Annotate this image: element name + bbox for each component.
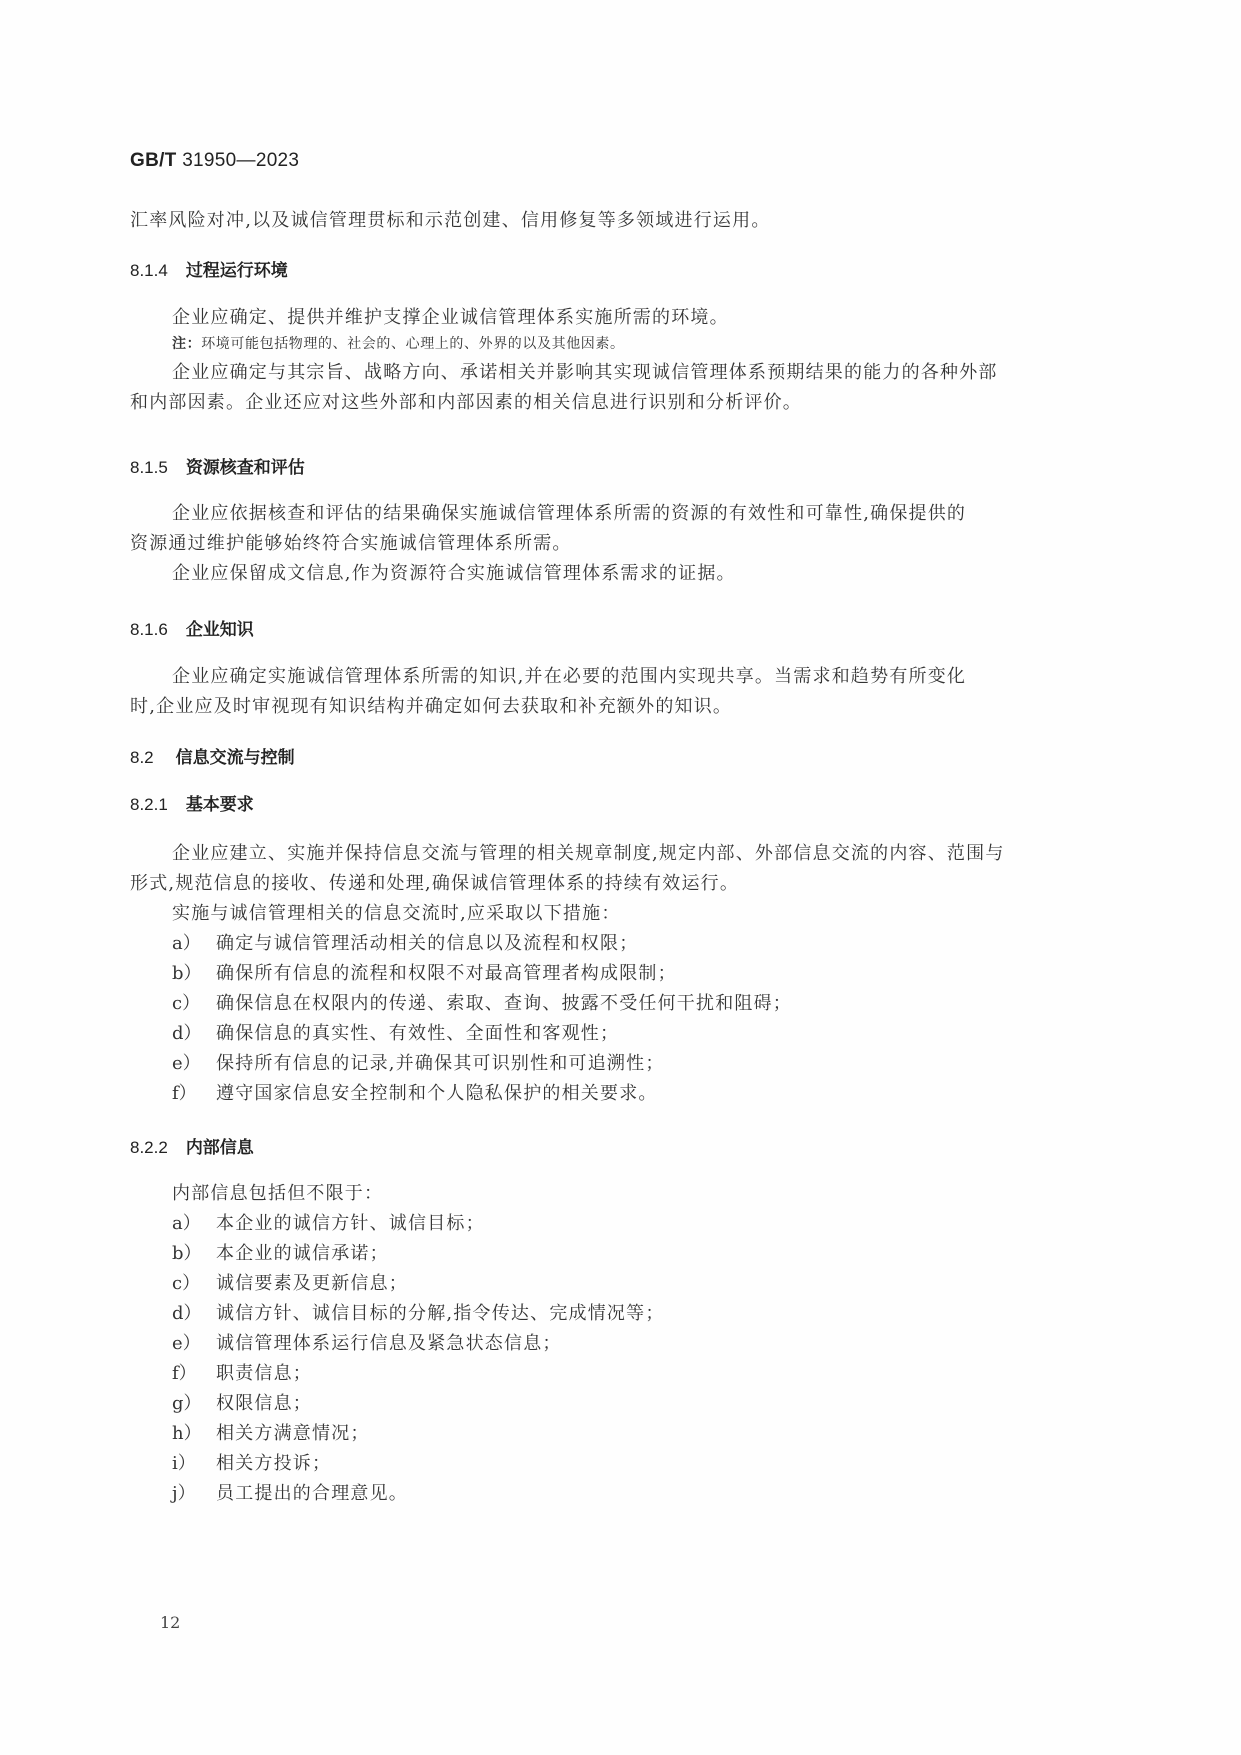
page-number: 12 <box>160 1613 180 1632</box>
continuation-paragraph: 汇率风险对冲,以及诚信管理贯标和示范创建、信用修复等多领域进行运用。 <box>130 206 771 232</box>
list-marker: i） <box>172 1449 216 1475</box>
list-item-text: 诚信方针、诚信目标的分解,指令传达、完成情况等； <box>216 1303 665 1324</box>
list-marker: a） <box>172 929 216 955</box>
list-item-text: 相关方投诉； <box>216 1453 331 1474</box>
list-item: g）权限信息； <box>172 1389 312 1415</box>
section-title: 资源核查和评估 <box>186 458 305 477</box>
paragraph-continuation: 形式,规范信息的接收、传递和处理,确保诚信管理体系的持续有效运行。 <box>130 869 739 895</box>
list-item: a）本企业的诚信方针、诚信目标； <box>172 1209 485 1235</box>
note-text: 环境可能包括物理的、社会的、心理上的、外界的以及其他因素。 <box>201 336 624 352</box>
section-number: 8.2.2 <box>130 1138 168 1158</box>
list-marker: a） <box>172 1209 216 1235</box>
section-heading-8-1-6: 8.1.6企业知识 <box>130 615 254 640</box>
list-item-text: 确定与诚信管理活动相关的信息以及流程和权限； <box>216 933 638 954</box>
list-item-text: 确保信息在权限内的传递、索取、查询、披露不受任何干扰和阻碍； <box>216 993 792 1014</box>
paragraph: 企业应建立、实施并保持信息交流与管理的相关规章制度,规定内部、外部信息交流的内容… <box>172 839 1005 865</box>
section-number: 8.2.1 <box>130 795 168 815</box>
paragraph-continuation: 资源通过维护能够始终符合实施诚信管理体系所需。 <box>130 529 572 555</box>
paragraph: 企业应确定实施诚信管理体系所需的知识,并在必要的范围内实现共享。当需求和趋势有所… <box>172 662 966 688</box>
list-marker: d） <box>172 1299 216 1325</box>
list-item-text: 本企业的诚信方针、诚信目标； <box>216 1213 485 1234</box>
paragraph: 企业应确定、提供并维护支撑企业诚信管理体系实施所需的环境。 <box>172 303 729 329</box>
paragraph: 企业应确定与其宗旨、战略方向、承诺相关并影响其实现诚信管理体系预期结果的能力的各… <box>172 358 998 384</box>
list-item-text: 员工提出的合理意见。 <box>216 1483 408 1504</box>
list-marker: d） <box>172 1019 216 1045</box>
list-item: f）遵守国家信息安全控制和个人隐私保护的相关要求。 <box>172 1079 658 1105</box>
list-marker: c） <box>172 989 216 1015</box>
list-item: i）相关方投诉； <box>172 1449 331 1475</box>
list-item: c）诚信要素及更新信息； <box>172 1269 408 1295</box>
section-title: 基本要求 <box>186 795 254 814</box>
note: 注：环境可能包括物理的、社会的、心理上的、外界的以及其他因素。 <box>172 333 625 353</box>
list-item-text: 遵守国家信息安全控制和个人隐私保护的相关要求。 <box>216 1083 658 1104</box>
list-item: b）本企业的诚信承诺； <box>172 1239 389 1265</box>
list-item-text: 保持所有信息的记录,并确保其可识别性和可追溯性； <box>216 1053 665 1074</box>
list-item: j）员工提出的合理意见。 <box>172 1479 408 1505</box>
paragraph: 企业应保留成文信息,作为资源符合实施诚信管理体系需求的证据。 <box>172 559 736 585</box>
list-item-text: 诚信管理体系运行信息及紧急状态信息； <box>216 1333 562 1354</box>
list-item: a）确定与诚信管理活动相关的信息以及流程和权限； <box>172 929 638 955</box>
document-page: GB/T 31950—2023 汇率风险对冲,以及诚信管理贯标和示范创建、信用修… <box>0 0 1241 1755</box>
note-label: 注： <box>172 336 201 352</box>
list-marker: e） <box>172 1329 216 1355</box>
list-marker: b） <box>172 1239 216 1265</box>
section-number: 8.1.4 <box>130 261 168 281</box>
paragraph-continuation: 时,企业应及时审视现有知识结构并确定如何去获取和补充额外的知识。 <box>130 692 732 718</box>
list-marker: b） <box>172 959 216 985</box>
section-title: 信息交流与控制 <box>176 748 295 767</box>
list-item-text: 相关方满意情况； <box>216 1423 370 1444</box>
standard-prefix: GB/T <box>130 150 177 171</box>
list-item: h）相关方满意情况； <box>172 1419 370 1445</box>
paragraph: 内部信息包括但不限于： <box>172 1179 383 1205</box>
list-item-text: 诚信要素及更新信息； <box>216 1273 408 1294</box>
section-number: 8.2 <box>130 748 154 768</box>
list-item: d）诚信方针、诚信目标的分解,指令传达、完成情况等； <box>172 1299 665 1325</box>
list-item-text: 职责信息； <box>216 1363 312 1384</box>
section-number: 8.1.5 <box>130 458 168 478</box>
list-marker: c） <box>172 1269 216 1295</box>
section-title: 内部信息 <box>186 1138 254 1157</box>
paragraph-continuation: 和内部因素。企业还应对这些外部和内部因素的相关信息进行识别和分析评价。 <box>130 388 802 414</box>
standard-number: 31950—2023 <box>182 150 299 171</box>
list-item-text: 确保信息的真实性、有效性、全面性和客观性； <box>216 1023 619 1044</box>
paragraph: 企业应依据核查和评估的结果确保实施诚信管理体系所需的资源的有效性和可靠性,确保提… <box>172 499 966 525</box>
list-marker: f） <box>172 1079 216 1105</box>
section-heading-8-2-2: 8.2.2内部信息 <box>130 1133 254 1158</box>
section-number: 8.1.6 <box>130 620 168 640</box>
list-item: e）保持所有信息的记录,并确保其可识别性和可追溯性； <box>172 1049 665 1075</box>
list-item-text: 权限信息； <box>216 1393 312 1414</box>
paragraph: 实施与诚信管理相关的信息交流时,应采取以下措施： <box>172 899 621 925</box>
list-marker: h） <box>172 1419 216 1445</box>
section-heading-8-1-5: 8.1.5资源核查和评估 <box>130 453 305 478</box>
section-title: 过程运行环境 <box>186 261 288 280</box>
list-marker: f） <box>172 1359 216 1385</box>
section-title: 企业知识 <box>186 620 254 639</box>
standard-code-header: GB/T 31950—2023 <box>130 150 299 172</box>
section-heading-8-2-1: 8.2.1基本要求 <box>130 790 254 815</box>
list-marker: e） <box>172 1049 216 1075</box>
list-item-text: 本企业的诚信承诺； <box>216 1243 389 1264</box>
list-marker: g） <box>172 1389 216 1415</box>
section-heading-8-1-4: 8.1.4过程运行环境 <box>130 256 288 281</box>
list-item: b）确保所有信息的流程和权限不对最高管理者构成限制； <box>172 959 677 985</box>
list-item: c）确保信息在权限内的传递、索取、查询、披露不受任何干扰和阻碍； <box>172 989 792 1015</box>
list-item: d）确保信息的真实性、有效性、全面性和客观性； <box>172 1019 619 1045</box>
list-item: e）诚信管理体系运行信息及紧急状态信息； <box>172 1329 562 1355</box>
list-item: f）职责信息； <box>172 1359 312 1385</box>
list-item-text: 确保所有信息的流程和权限不对最高管理者构成限制； <box>216 963 677 984</box>
section-heading-8-2: 8.2信息交流与控制 <box>130 743 295 768</box>
list-marker: j） <box>172 1479 216 1505</box>
